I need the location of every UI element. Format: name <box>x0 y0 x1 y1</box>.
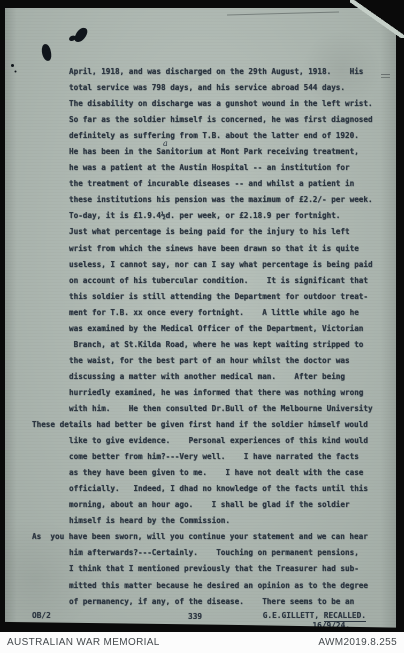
accession-number: AWM2019.8.255 <box>318 637 397 648</box>
text-line: I think that I mentioned previously that… <box>32 561 373 577</box>
text-line: April, 1918, and was discharged on the 2… <box>32 64 373 80</box>
text-line: hurriedly examined, he was informed that… <box>32 385 373 401</box>
text-line: mitted this matter because he desired an… <box>32 578 373 594</box>
text-line: As you have been sworn, will you continu… <box>32 529 373 545</box>
text-line: this soldier is still attending the Depa… <box>32 289 373 305</box>
paper-crease <box>227 12 339 16</box>
text-line: To-day, it is £1.9.4½d. per week, or £2.… <box>32 208 373 224</box>
text-line: total service was 798 days, and his serv… <box>32 80 373 96</box>
screenshot-root: April, 1918, and was discharged on the 2… <box>0 0 404 653</box>
text-line: officially. Indeed, I dhad no knowledge … <box>32 481 373 497</box>
text-line: the waist, for the best part of an hour … <box>32 353 373 369</box>
text-line: was examined by the Medical Officer of t… <box>32 321 373 337</box>
text-line: These details had better be given first … <box>32 417 373 433</box>
ink-mark <box>41 44 52 62</box>
text-line: the treatment of incurable diseases -- a… <box>32 176 373 192</box>
handwritten-annotation: a <box>163 139 168 148</box>
text-line: him afterwards?---Certainly. Touching on… <box>32 545 373 561</box>
text-line: with him. He then consulted Dr.Bull of t… <box>32 401 373 417</box>
ink-mark <box>73 26 89 45</box>
ink-mark <box>11 64 14 67</box>
footer-reference: OB/2 <box>32 611 51 620</box>
document-text: April, 1918, and was discharged on the 2… <box>32 64 373 610</box>
text-line: himself is heard by the Commission. <box>32 513 373 529</box>
text-line: definitely as suffering from T.B. about … <box>32 128 373 144</box>
footer-signature-status: RECALLED. <box>324 611 366 622</box>
text-line: like to give evidence. Personal experien… <box>32 433 373 449</box>
text-line: as they have been given to me. I have no… <box>32 465 373 481</box>
footer-page-number: 339 <box>188 612 202 621</box>
text-line: of permanency, if any, of the disease. T… <box>32 594 373 610</box>
paper-crease <box>381 74 390 75</box>
text-line: he was a patient at the Austin Hospital … <box>32 160 373 176</box>
text-line: these institutions his pension was the m… <box>32 192 373 208</box>
footer-signature: G.E.GILLETT, <box>263 611 324 620</box>
text-line: He has been in the Sanitorium at Mont Pa… <box>32 144 373 160</box>
text-line: discussing a matter with another medical… <box>32 369 373 385</box>
text-line: So far as the soldier himself is concern… <box>32 112 373 128</box>
document-page: April, 1918, and was discharged on the 2… <box>5 8 396 628</box>
text-line: morning, about an hour ago. I shall be g… <box>32 497 373 513</box>
scanned-document: April, 1918, and was discharged on the 2… <box>0 0 404 632</box>
torn-corner <box>350 0 404 38</box>
text-line: useless, I cannot say, nor can I say wha… <box>32 257 373 273</box>
text-line: ment for T.B. xx once every fortnight. A… <box>32 305 373 321</box>
caption-bar: AUSTRALIAN WAR MEMORIAL AWM2019.8.255 <box>0 632 404 653</box>
text-line: The disability on discharge was a gunsho… <box>32 96 373 112</box>
text-line: wrist from which the sinews have been dr… <box>32 241 373 257</box>
institution-label: AUSTRALIAN WAR MEMORIAL <box>7 637 160 648</box>
text-line: come better from him?---Very well. I hav… <box>32 449 373 465</box>
text-line: on account of his tubercular condition. … <box>32 273 373 289</box>
text-line: Branch, at St.Kilda Road, where he was k… <box>32 337 373 353</box>
text-line: Just what percentage is being paid for t… <box>32 224 373 240</box>
